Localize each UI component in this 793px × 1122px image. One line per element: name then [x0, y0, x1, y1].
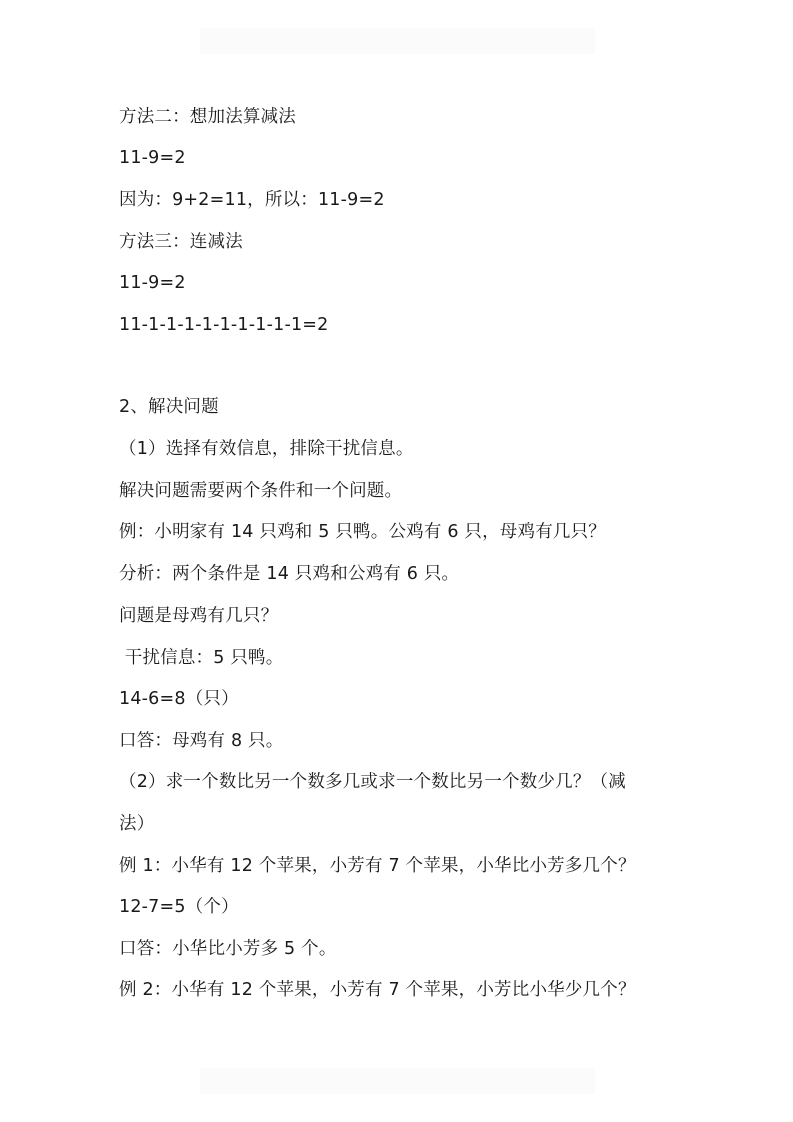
text-line: 2、解决问题	[119, 397, 219, 417]
text-line: 例：小明家有 14 只鸡和 5 只鸭。公鸡有 6 只，母鸡有几只？	[119, 522, 606, 542]
text-line: 11-9=2	[119, 148, 186, 168]
text-line: 12-7=5（个）	[119, 897, 239, 917]
text-line: （1）选择有效信息，排除干扰信息。	[119, 439, 414, 459]
text-line: 问题是母鸡有几只？	[119, 606, 278, 626]
text-line: 法）	[119, 814, 154, 834]
text-line: 方法二：想加法算减法	[119, 107, 296, 127]
text-line: 例 2：小华有 12 个苹果，小芳有 7 个苹果，小芳比小华少几个？	[119, 980, 636, 1000]
text-line: 11-9=2	[119, 273, 186, 293]
footer-watermark	[200, 1068, 595, 1094]
text-line: 解决问题需要两个条件和一个问题。	[119, 481, 402, 501]
text-line: 分析：两个条件是 14 只鸡和公鸡有 6 只。	[119, 564, 459, 584]
text-line: 口答：小华比小芳多 5 个。	[119, 939, 337, 959]
text-line: 口答：母鸡有 8 只。	[119, 731, 283, 751]
text-line: 干扰信息：5 只鸭。	[119, 648, 283, 668]
text-line: 11-1-1-1-1-1-1-1-1-1=2	[119, 315, 329, 335]
text-line: 方法三：连减法	[119, 232, 243, 252]
text-line: 因为：9+2=11，所以：11-9=2	[119, 190, 385, 210]
text-line: （2）求一个数比另一个数多几或求一个数比另一个数少几？（减	[119, 772, 626, 792]
header-watermark	[200, 28, 595, 54]
text-line: 14-6=8（只）	[119, 689, 239, 709]
text-line: 例 1：小华有 12 个苹果，小芳有 7 个苹果，小华比小芳多几个？	[119, 856, 636, 876]
